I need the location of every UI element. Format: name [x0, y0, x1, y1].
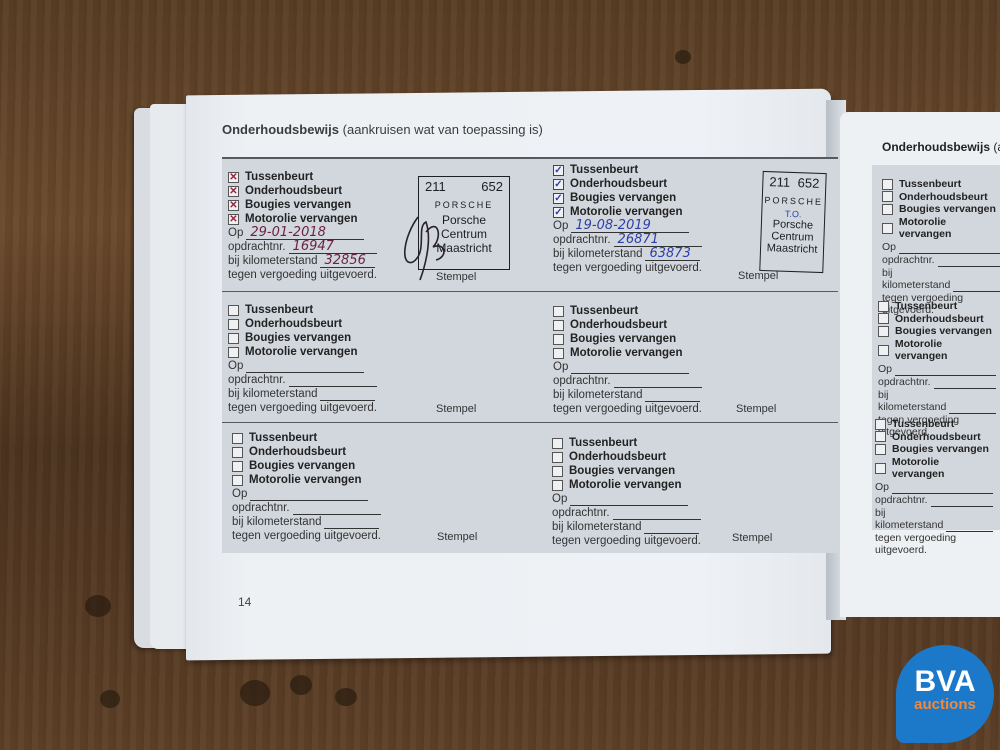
wood-knot	[290, 675, 312, 695]
checklist-label: Onderhoudsbeurt	[570, 318, 667, 332]
checkbox[interactable]	[875, 444, 886, 455]
checklist-item[interactable]: ✕Bougies vervangen	[228, 198, 377, 212]
field-input-kilometerstand[interactable]	[645, 389, 700, 402]
checklist-label: Bougies vervangen	[569, 464, 675, 478]
field-kilometerstand: bij kilometerstand	[553, 388, 702, 402]
field-input-kilometerstand[interactable]	[324, 516, 379, 529]
checklist-label: Bougies vervangen	[892, 443, 989, 456]
checklist-label: Bougies vervangen	[570, 332, 676, 346]
field-opdrachtnr: opdrachtnr.	[228, 373, 377, 387]
field-opdrachtnr: opdrachtnr.	[553, 374, 702, 388]
checklist-label: Onderhoudsbeurt	[570, 177, 667, 191]
checklist-label: Motorolie vervangen	[569, 478, 681, 492]
field-input-date[interactable]	[571, 361, 689, 374]
checklist-item[interactable]: Motorolie vervangen	[875, 456, 993, 481]
checklist-item[interactable]: Bougies vervangen	[228, 331, 377, 345]
stamp-brand: PORSCHE	[419, 200, 509, 210]
checklist-label: Motorolie vervangen	[249, 473, 361, 487]
divider	[222, 157, 838, 159]
checklist-item[interactable]: Bougies vervangen	[875, 443, 993, 456]
service-entry: TussenbeurtOnderhoudsbeurtBougies vervan…	[882, 178, 1000, 317]
checkbox[interactable]	[875, 431, 886, 442]
stamp-code-a: 211	[769, 174, 790, 190]
field-opdrachtnr: opdrachtnr.	[875, 494, 993, 507]
field-label: bij kilometerstand	[878, 389, 946, 414]
field-date: Op	[878, 363, 996, 376]
checklist-label: Tussenbeurt	[249, 431, 317, 445]
field-label: opdrachtnr.	[232, 501, 290, 515]
field-date: Op	[232, 487, 381, 501]
field-label: bij kilometerstand	[553, 247, 642, 261]
checklist-label: Tussenbeurt	[895, 300, 957, 313]
service-entry: TussenbeurtOnderhoudsbeurtBougies vervan…	[553, 304, 702, 416]
stamp-label: Stempel	[436, 403, 476, 415]
checkbox[interactable]	[553, 334, 564, 345]
field-date: Op19-08-2019	[553, 219, 702, 233]
checklist-item[interactable]: Tussenbeurt	[878, 300, 996, 313]
checklist-item[interactable]: Bougies vervangen	[878, 325, 996, 338]
checklist-item[interactable]: ✓Bougies vervangen	[553, 191, 702, 205]
field-input-date[interactable]	[570, 493, 688, 506]
checklist-item[interactable]: Motorolie vervangen	[878, 338, 996, 363]
checklist-item[interactable]: Onderhoudsbeurt	[232, 445, 381, 459]
field-label: opdrachtnr.	[882, 254, 935, 267]
checkbox[interactable]	[875, 419, 886, 430]
checklist-item[interactable]: Tussenbeurt	[232, 431, 381, 445]
title-bold: Onderhoudsbewijs	[222, 122, 339, 137]
field-opdrachtnr: opdrachtnr.16947	[228, 240, 377, 254]
field-label: opdrachtnr.	[875, 494, 928, 507]
field-label: opdrachtnr.	[552, 506, 610, 520]
checklist-item[interactable]: ✓Onderhoudsbeurt	[553, 177, 702, 191]
field-opdrachtnr: opdrachtnr.26871	[553, 233, 702, 247]
stamp-label: Stempel	[732, 532, 772, 544]
field-opdrachtnr: opdrachtnr.	[552, 506, 701, 520]
checklist-label: Onderhoudsbeurt	[899, 191, 988, 204]
field-label: Op	[228, 226, 243, 240]
checkbox[interactable]	[232, 447, 243, 458]
field-input-opdrachtnr[interactable]	[293, 502, 381, 515]
page-number: 14	[238, 595, 251, 609]
field-date: Op	[882, 241, 1000, 254]
checklist-label: Motorolie vervangen	[245, 212, 357, 226]
handwritten-kilometerstand: 32856	[324, 254, 365, 268]
field-input-date[interactable]	[895, 363, 996, 376]
field-label: bij kilometerstand	[875, 507, 943, 532]
handwritten-opdrachtnr: 26871	[618, 233, 659, 247]
checkbox[interactable]	[878, 313, 889, 324]
checkbox[interactable]	[552, 452, 563, 463]
checklist-item[interactable]: Onderhoudsbeurt	[875, 431, 993, 444]
checklist-label: Onderhoudsbeurt	[245, 184, 342, 198]
dealer-stamp: 211652PORSCHET.O.PorscheCentrumMaastrich…	[759, 171, 826, 273]
checkbox[interactable]	[228, 305, 239, 316]
field-label: Op	[878, 363, 892, 376]
field-label: Op	[228, 359, 243, 373]
stamp-label: Stempel	[736, 403, 776, 415]
checklist-item[interactable]: Bougies vervangen	[232, 459, 381, 473]
checklist-label: Motorolie vervangen	[570, 346, 682, 360]
checkbox[interactable]	[878, 326, 889, 337]
field-label: bij kilometerstand	[228, 254, 317, 268]
checklist-label: Onderhoudsbeurt	[569, 450, 666, 464]
checkbox[interactable]	[878, 345, 889, 356]
field-kilometerstand: bij kilometerstand	[552, 520, 701, 534]
checkbox[interactable]: ✕	[228, 200, 239, 211]
checklist-label: Bougies vervangen	[245, 331, 351, 345]
handwritten-date: 29-01-2018	[250, 226, 326, 240]
field-kilometerstand: bij kilometerstand	[882, 267, 1000, 292]
checkbox[interactable]	[552, 466, 563, 477]
field-label: opdrachtnr.	[553, 374, 611, 388]
field-input-kilometerstand[interactable]	[644, 521, 699, 534]
checklist-item[interactable]: ✓Motorolie vervangen	[553, 205, 702, 219]
field-input-kilometerstand[interactable]: 32856	[320, 255, 375, 268]
checklist-item[interactable]: Motorolie vervangen	[552, 478, 701, 492]
checkbox[interactable]	[882, 191, 893, 202]
checkbox[interactable]: ✓	[553, 207, 564, 218]
checklist-label: Tussenbeurt	[245, 170, 313, 184]
field-opdrachtnr: opdrachtnr.	[878, 376, 996, 389]
logo-auctions: auctions	[896, 697, 994, 713]
right-title-bold: Onderhoudsbewijs	[882, 140, 990, 154]
service-entry: ✓Tussenbeurt✓Onderhoudsbeurt✓Bougies ver…	[553, 163, 702, 275]
checklist-label: Onderhoudsbeurt	[249, 445, 346, 459]
checklist-item[interactable]: ✕Tussenbeurt	[228, 170, 377, 184]
field-date: Op	[553, 360, 702, 374]
checklist-item[interactable]: Bougies vervangen	[553, 332, 702, 346]
field-kilometerstand: bij kilometerstand	[878, 389, 996, 414]
divider	[222, 291, 838, 292]
stamp-label: Stempel	[738, 270, 778, 282]
checkbox[interactable]	[553, 348, 564, 359]
field-label: Op	[553, 219, 568, 233]
wood-knot	[240, 680, 270, 706]
checklist-label: Bougies vervangen	[570, 191, 676, 205]
checkbox[interactable]	[228, 319, 239, 330]
checklist-label: Bougies vervangen	[895, 325, 992, 338]
field-input-date[interactable]	[892, 481, 993, 494]
field-opdrachtnr: opdrachtnr.	[232, 501, 381, 515]
field-input-date[interactable]	[250, 488, 368, 501]
field-input-kilometerstand[interactable]	[953, 279, 1000, 292]
performed-text: tegen vergoeding uitgevoerd.	[228, 401, 377, 415]
handwritten-kilometerstand: 63873	[649, 247, 690, 261]
field-input-opdrachtnr[interactable]	[614, 375, 702, 388]
checklist-item[interactable]: Tussenbeurt	[882, 178, 1000, 191]
checkbox[interactable]	[878, 301, 889, 312]
checklist-item[interactable]: Onderhoudsbeurt	[552, 450, 701, 464]
field-label: bij kilometerstand	[232, 515, 321, 529]
field-label: Op	[552, 492, 567, 506]
checkbox[interactable]	[882, 204, 893, 215]
field-input-opdrachtnr[interactable]	[931, 494, 993, 507]
checkbox[interactable]	[552, 480, 563, 491]
checklist-label: Motorolie vervangen	[899, 216, 1000, 241]
performed-text: tegen vergoeding uitgevoerd.	[553, 261, 702, 275]
field-label: opdrachtnr.	[553, 233, 611, 247]
checkbox[interactable]	[553, 306, 564, 317]
checkbox[interactable]	[552, 438, 563, 449]
checklist-item[interactable]: Tussenbeurt	[552, 436, 701, 450]
field-kilometerstand: bij kilometerstand	[228, 387, 377, 401]
checklist-item[interactable]: Onderhoudsbeurt	[882, 191, 1000, 204]
field-label: Op	[232, 487, 247, 501]
field-label: Op	[553, 360, 568, 374]
stamp-label: Stempel	[437, 531, 477, 543]
checklist-label: Bougies vervangen	[245, 198, 351, 212]
checklist-label: Motorolie vervangen	[892, 456, 993, 481]
field-input-kilometerstand[interactable]	[320, 388, 375, 401]
checklist-label: Tussenbeurt	[569, 436, 637, 450]
handwritten-opdrachtnr: 16947	[293, 240, 334, 254]
field-label: bij kilometerstand	[882, 267, 950, 292]
checkbox[interactable]: ✓	[553, 165, 564, 176]
field-label: opdrachtnr.	[878, 376, 931, 389]
checklist-item[interactable]: ✕Onderhoudsbeurt	[228, 184, 377, 198]
checklist-item[interactable]: Onderhoudsbeurt	[228, 317, 377, 331]
checkbox[interactable]	[875, 463, 886, 474]
checklist-label: Onderhoudsbeurt	[245, 317, 342, 331]
checklist-item[interactable]: Onderhoudsbeurt	[878, 313, 996, 326]
checklist-label: Motorolie vervangen	[570, 205, 682, 219]
field-kilometerstand: bij kilometerstand32856	[228, 254, 377, 268]
checklist-item[interactable]: ✕Motorolie vervangen	[228, 212, 377, 226]
checkbox[interactable]	[232, 461, 243, 472]
field-input-opdrachtnr[interactable]	[613, 507, 701, 520]
performed-text: tegen vergoeding uitgevoerd.	[552, 534, 701, 548]
checklist-label: Bougies vervangen	[249, 459, 355, 473]
field-input-opdrachtnr[interactable]	[289, 374, 377, 387]
checklist-item[interactable]: Tussenbeurt	[553, 304, 702, 318]
checkbox[interactable]	[232, 433, 243, 444]
field-input-date[interactable]	[246, 360, 364, 373]
checklist-item[interactable]: Motorolie vervangen	[882, 216, 1000, 241]
field-input-opdrachtnr[interactable]	[934, 376, 996, 389]
field-label: opdrachtnr.	[228, 240, 286, 254]
field-date: Op	[228, 359, 377, 373]
checklist-label: Tussenbeurt	[892, 418, 954, 431]
wood-knot	[335, 688, 357, 706]
checklist-label: Tussenbeurt	[570, 304, 638, 318]
checklist-label: Tussenbeurt	[245, 303, 313, 317]
field-date: Op	[875, 481, 993, 494]
field-date: Op	[552, 492, 701, 506]
field-opdrachtnr: opdrachtnr.	[882, 254, 1000, 267]
checklist-item[interactable]: Bougies vervangen	[882, 203, 1000, 216]
stamp-line: Maastricht	[761, 242, 823, 256]
divider	[222, 422, 838, 423]
field-input-kilometerstand[interactable]	[949, 401, 996, 414]
field-kilometerstand: bij kilometerstand	[875, 507, 993, 532]
handwritten-date: 19-08-2019	[575, 219, 651, 233]
checkbox[interactable]: ✕	[228, 214, 239, 225]
checkbox[interactable]: ✕	[228, 172, 239, 183]
performed-text: tegen vergoeding uitgevoerd.	[553, 402, 702, 416]
checklist-item[interactable]: Motorolie vervangen	[553, 346, 702, 360]
field-date: Op29-01-2018	[228, 226, 377, 240]
checkbox[interactable]	[882, 223, 893, 234]
checkbox[interactable]	[882, 179, 893, 190]
field-label: bij kilometerstand	[553, 388, 642, 402]
field-input-date[interactable]	[899, 241, 1000, 254]
checklist-item[interactable]: Bougies vervangen	[552, 464, 701, 478]
checklist-label: Motorolie vervangen	[245, 345, 357, 359]
signature	[398, 212, 458, 282]
field-input-kilometerstand[interactable]: 63873	[645, 248, 700, 261]
service-entry: TussenbeurtOnderhoudsbeurtBougies vervan…	[552, 436, 701, 548]
checklist-label: Onderhoudsbeurt	[895, 313, 984, 326]
checkbox[interactable]	[228, 333, 239, 344]
checkbox[interactable]	[232, 475, 243, 486]
field-label: opdrachtnr.	[228, 373, 286, 387]
field-input-opdrachtnr[interactable]	[938, 254, 1000, 267]
checklist-item[interactable]: Motorolie vervangen	[232, 473, 381, 487]
stamp-brand: PORSCHE	[763, 195, 825, 207]
checkbox[interactable]	[228, 347, 239, 358]
field-kilometerstand: bij kilometerstand63873	[553, 247, 702, 261]
checklist-item[interactable]: Motorolie vervangen	[228, 345, 377, 359]
checkbox[interactable]: ✕	[228, 186, 239, 197]
service-entry: TussenbeurtOnderhoudsbeurtBougies vervan…	[228, 303, 377, 415]
field-input-kilometerstand[interactable]	[946, 519, 993, 532]
checklist-item[interactable]: ✓Tussenbeurt	[553, 163, 702, 177]
checklist-item[interactable]: Onderhoudsbeurt	[553, 318, 702, 332]
wood-knot	[100, 690, 120, 708]
field-label: Op	[882, 241, 896, 254]
stamp-code-b: 652	[797, 175, 819, 191]
wood-knot	[675, 50, 691, 64]
stamp-code-b: 652	[481, 179, 503, 194]
checkbox[interactable]	[553, 320, 564, 331]
performed-text: tegen vergoeding uitgevoerd.	[228, 268, 377, 282]
checklist-item[interactable]: Tussenbeurt	[875, 418, 993, 431]
checklist-label: Motorolie vervangen	[895, 338, 996, 363]
checklist-label: Bougies vervangen	[899, 203, 996, 216]
performed-text: tegen vergoeding uitgevoerd.	[875, 532, 993, 557]
wood-knot	[85, 595, 111, 617]
logo-bva: BVA	[896, 667, 994, 697]
service-entry: TussenbeurtOnderhoudsbeurtBougies vervan…	[232, 431, 381, 543]
service-entry: ✕Tussenbeurt✕Onderhoudsbeurt✕Bougies ver…	[228, 170, 377, 282]
performed-text: tegen vergoeding uitgevoerd.	[232, 529, 381, 543]
page-title: Onderhoudsbewijs (aankruisen wat van toe…	[222, 122, 543, 137]
right-page-title: Onderhoudsbewijs (aa	[882, 140, 1000, 154]
checklist-item[interactable]: Tussenbeurt	[228, 303, 377, 317]
checkbox[interactable]: ✓	[553, 179, 564, 190]
checklist-label: Onderhoudsbeurt	[892, 431, 981, 444]
field-label: bij kilometerstand	[552, 520, 641, 534]
right-title-sub: (aa	[993, 140, 1000, 154]
field-label: Op	[875, 481, 889, 494]
service-entry: TussenbeurtOnderhoudsbeurtBougies vervan…	[875, 418, 993, 557]
checkbox[interactable]: ✓	[553, 193, 564, 204]
bva-auctions-logo: BVA auctions	[896, 645, 994, 743]
checklist-label: Tussenbeurt	[899, 178, 961, 191]
field-label: bij kilometerstand	[228, 387, 317, 401]
field-kilometerstand: bij kilometerstand	[232, 515, 381, 529]
checklist-label: Tussenbeurt	[570, 163, 638, 177]
stamp-code-a: 211	[425, 179, 446, 194]
title-sub: (aankruisen wat van toepassing is)	[343, 122, 543, 137]
